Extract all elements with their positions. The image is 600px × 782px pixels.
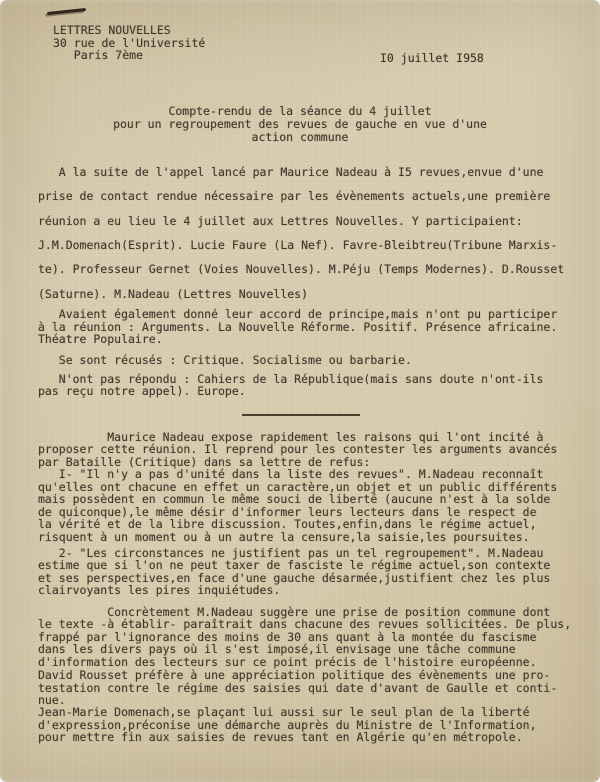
paragraph-point-2: 2- "Les circonstances ne justifient pas … xyxy=(38,547,600,597)
section-divider xyxy=(242,414,360,416)
paragraph-recuses: Se sont récusés : Critique. Socialisme o… xyxy=(38,354,600,366)
sender-address: LETTRES NOUVELLES 30 rue de l'Université… xyxy=(53,24,600,62)
date: I0 juillet I958 xyxy=(380,51,484,65)
letter-page: LETTRES NOUVELLES 30 rue de l'Université… xyxy=(0,0,600,782)
paragraph-concretement: Concrètement M.Nadeau suggère une prise … xyxy=(38,606,600,668)
paragraph-nadeau-expose: Maurice Nadeau expose rapidement les rai… xyxy=(38,431,600,543)
paragraph-accord-de-principe: Avaient également donné leur accord de p… xyxy=(38,308,600,345)
paragraph-rousset-domenach: David Rousset préfère à une appréciation… xyxy=(38,669,600,744)
document-title: Compte-rendu de la séance du 4 juillet p… xyxy=(38,105,562,144)
paragraph-non-repondu: N'ont pas répondu : Cahiers de la Républ… xyxy=(38,373,600,398)
pen-mark xyxy=(47,8,86,15)
paragraph-intro: A la suite de l'appel lancé par Maurice … xyxy=(38,160,600,306)
